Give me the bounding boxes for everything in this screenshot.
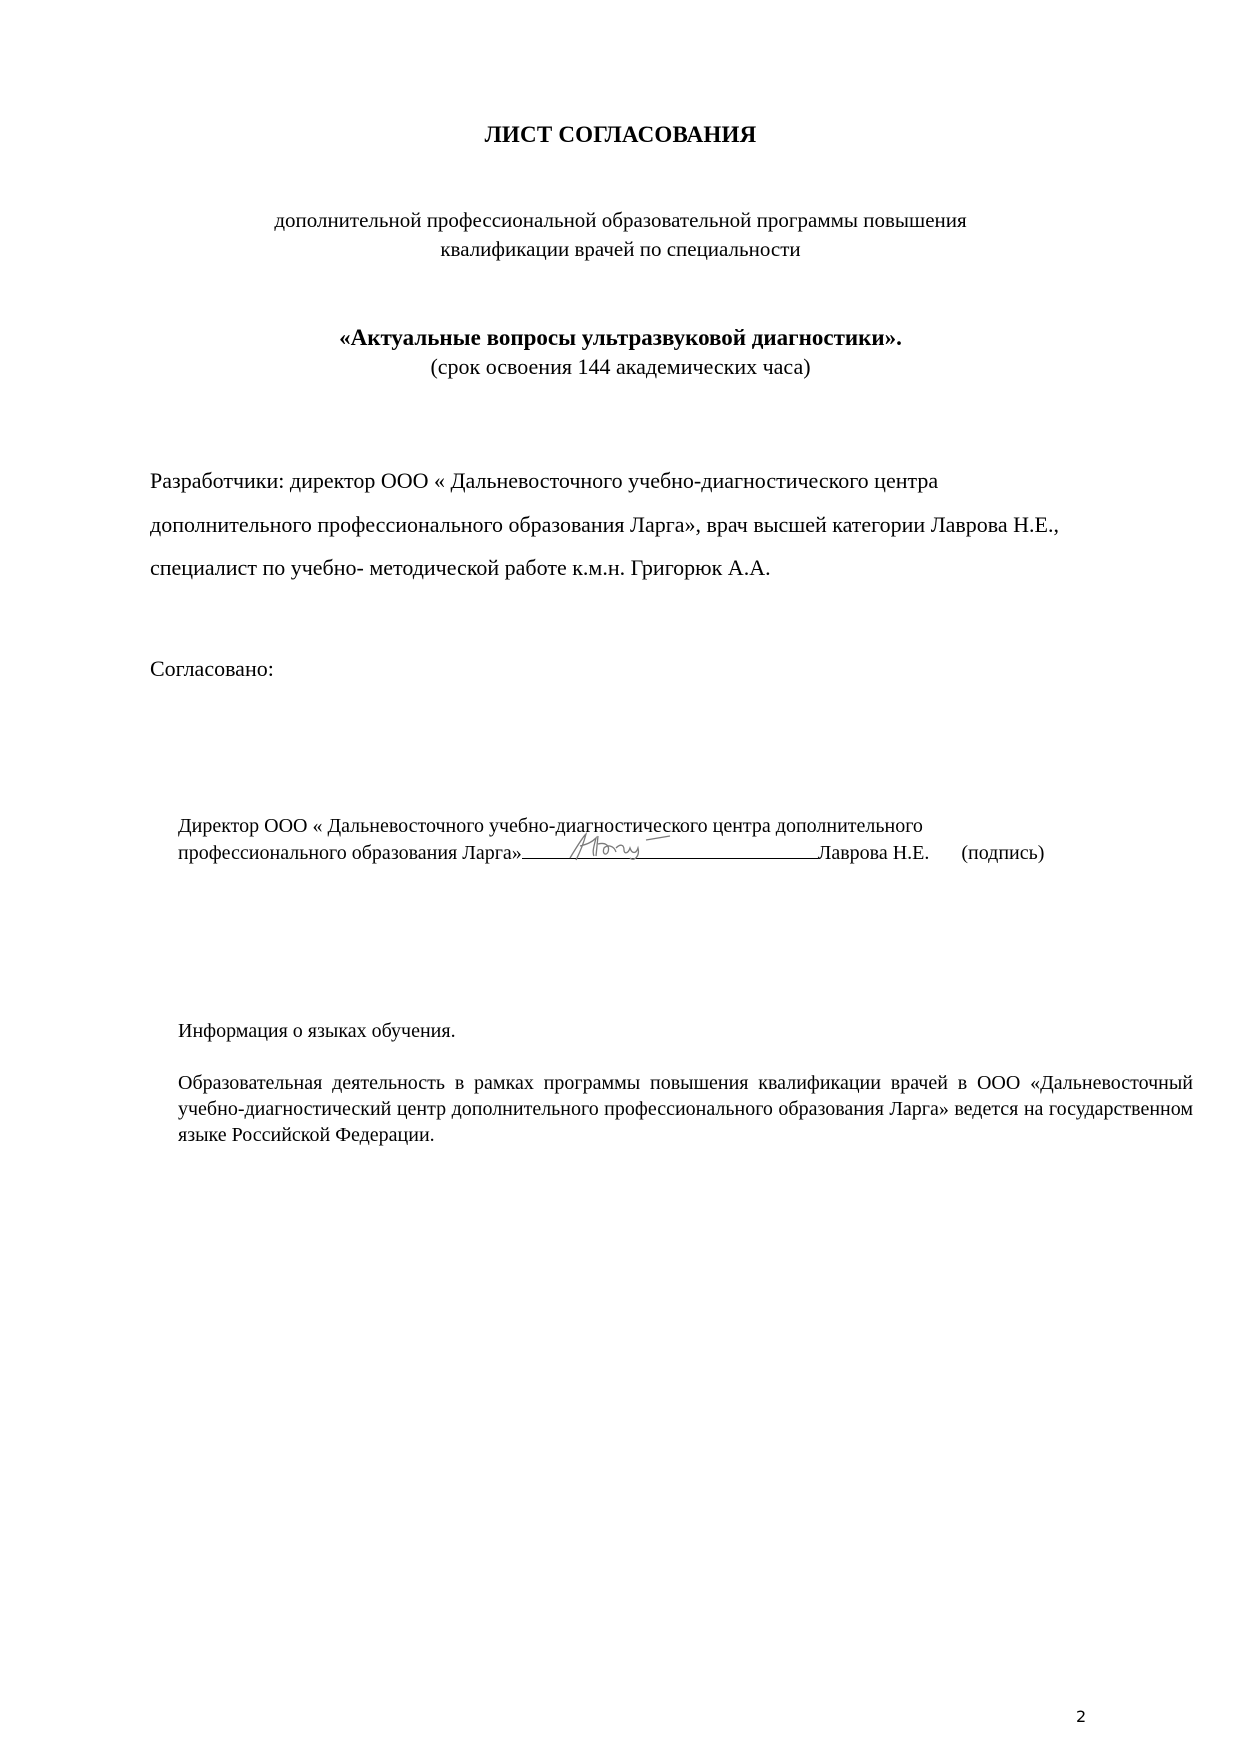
signer-name: Лаврова Н.Е. (818, 842, 930, 864)
agreed-label: Согласовано: (150, 656, 274, 682)
program-term: (срок освоения 144 академических часа) (0, 354, 1241, 380)
language-info-title: Информация о языках обучения. (178, 1020, 456, 1043)
signature-block-line-2: профессионального образования Ларга» Лав… (178, 840, 1044, 865)
subtitle-line-2: квалификации врачей по специальности (0, 237, 1241, 262)
signature-block-line-1: Директор ООО « Дальневосточного учебно-д… (178, 815, 923, 838)
developers-line-1: Разработчики: директор ООО « Дальневосто… (150, 468, 938, 494)
handwritten-signature-icon (558, 828, 688, 864)
developers-line-2: дополнительного профессионального образо… (150, 512, 1059, 538)
language-info-body: Образовательная деятельность в рамках пр… (178, 1070, 1193, 1148)
signature-note: (подпись) (961, 842, 1044, 864)
signature-line (522, 840, 818, 859)
developers-line-3: специалист по учебно- методической работ… (150, 555, 771, 581)
program-name: «Актуальные вопросы ультразвуковой диагн… (0, 325, 1241, 351)
subtitle-line-1: дополнительной профессиональной образова… (0, 208, 1241, 233)
page-number: 2 (1076, 1707, 1086, 1726)
signature-org: профессионального образования Ларга» (178, 842, 522, 864)
document-title: ЛИСТ СОГЛАСОВАНИЯ (0, 122, 1241, 148)
